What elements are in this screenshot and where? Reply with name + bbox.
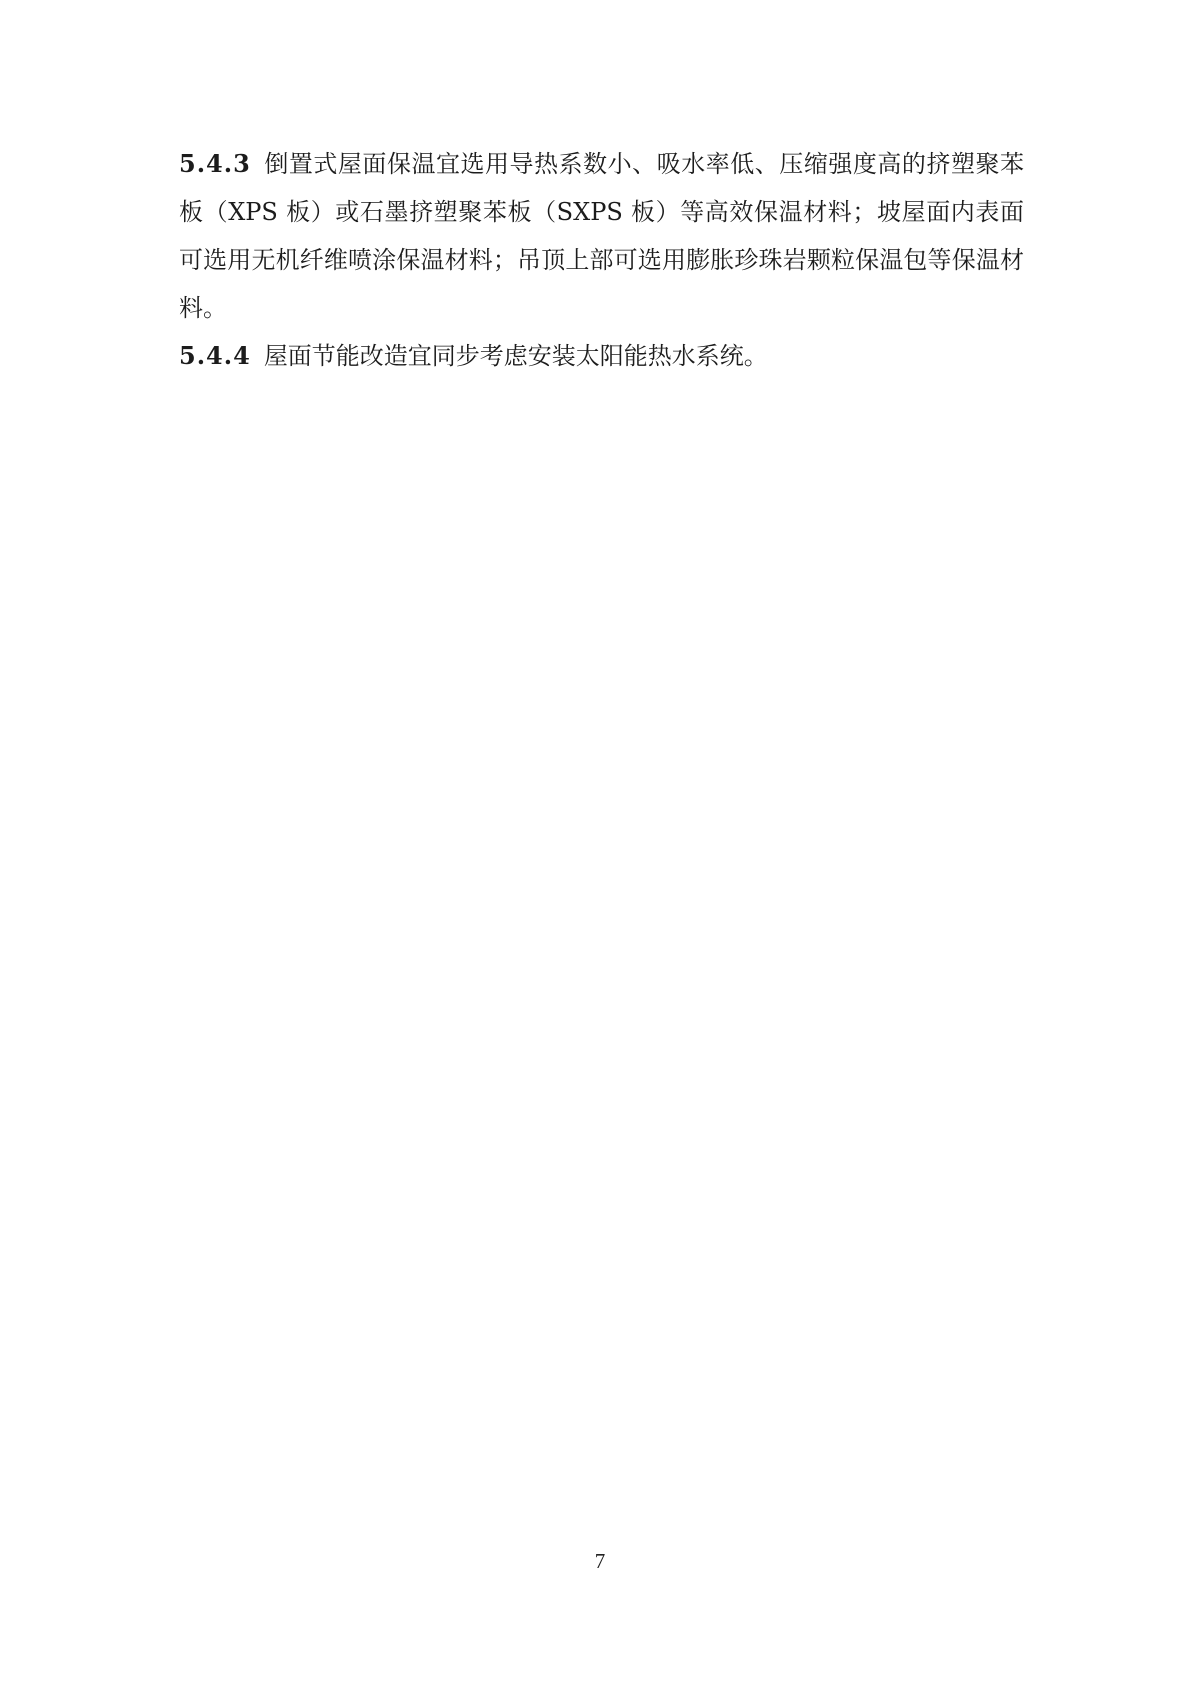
document-body: 5.4.3倒置式屋面保温宜选用导热系数小、吸水率低、压缩强度高的挤塑聚苯板（XP… — [179, 140, 1024, 380]
clause-number: 5.4.3 — [179, 149, 251, 178]
clause-number: 5.4.4 — [179, 341, 251, 370]
clause-5-4-4: 5.4.4屋面节能改造宜同步考虑安装太阳能热水系统。 — [179, 332, 1024, 380]
page-number: 7 — [595, 1549, 606, 1573]
clause-5-4-3: 5.4.3倒置式屋面保温宜选用导热系数小、吸水率低、压缩强度高的挤塑聚苯板（XP… — [179, 140, 1024, 332]
clause-text: 屋面节能改造宜同步考虑安装太阳能热水系统。 — [264, 342, 768, 370]
document-page: 5.4.3倒置式屋面保温宜选用导热系数小、吸水率低、压缩强度高的挤塑聚苯板（XP… — [0, 0, 1200, 1697]
page-footer: 7 — [0, 1547, 1200, 1575]
clause-text: 倒置式屋面保温宜选用导热系数小、吸水率低、压缩强度高的挤塑聚苯板（XPS 板）或… — [179, 150, 1024, 322]
